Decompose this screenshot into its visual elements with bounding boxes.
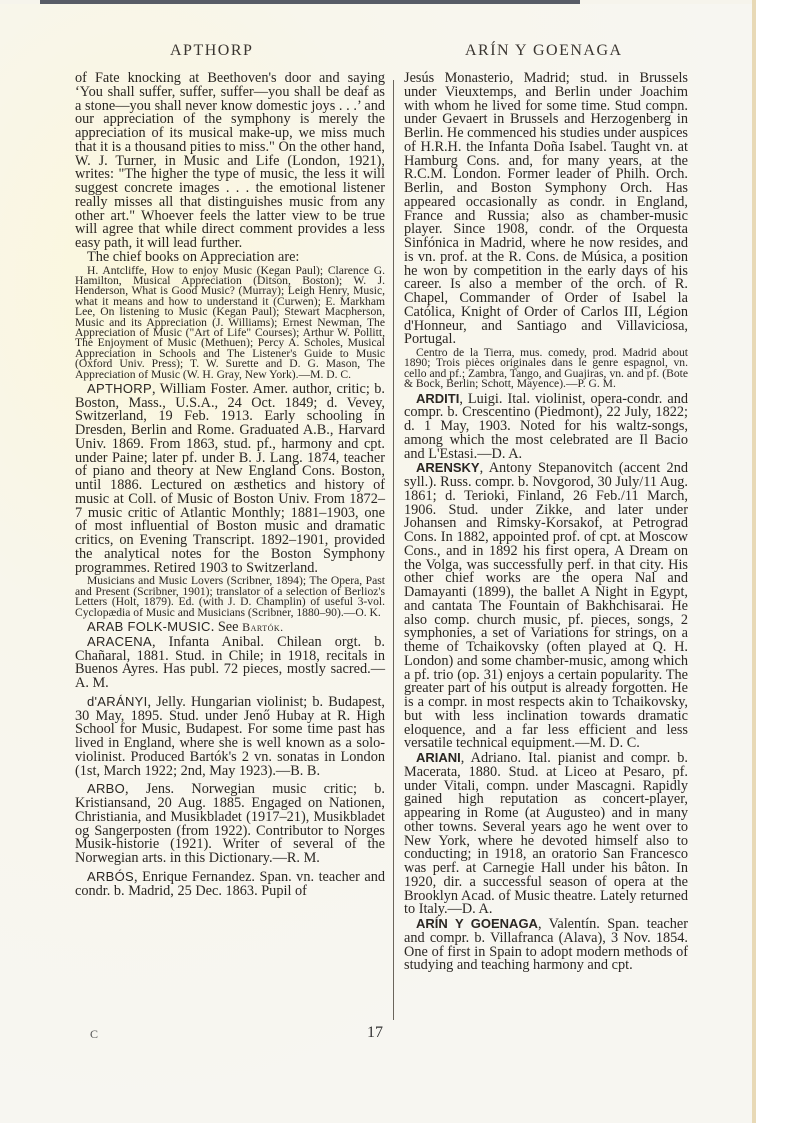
headword: d'ARÁNYI — [87, 694, 148, 709]
entry-arditi: ARDITI, Luigi. Ital. violinist, opera-co… — [404, 392, 688, 462]
entry-arbos: ARBÓS, Enrique Fernandez. Span. vn. teac… — [75, 870, 385, 899]
headword: ARENSKY — [416, 460, 480, 475]
signature-mark: C — [90, 1027, 98, 1042]
right-column: Jesús Monasterio, Madrid; stud. in Bruss… — [404, 72, 688, 973]
headword: ARDITI — [416, 391, 459, 406]
entry-apthorp: APTHORP, William Foster. Amer. author, c… — [75, 382, 385, 576]
books-intro: The chief books on Appreciation are: — [75, 251, 385, 265]
headword: ARBO — [87, 781, 125, 796]
cross-reference: Bartók. — [242, 620, 284, 634]
left-column: of Fate knocking at Beethoven's door and… — [75, 72, 385, 898]
entry-arab-folk-music: ARAB FOLK-MUSIC. See Bartók. — [75, 620, 385, 635]
continuation-text: of Fate knocking at Beethoven's door and… — [75, 72, 385, 251]
entry-aracena: ARACENA, Infanta Anibal. Chilean orgt. b… — [75, 635, 385, 691]
scan-margin — [756, 0, 794, 1123]
continuation-works: Centro de la Tierra, mus. comedy, prod. … — [404, 348, 688, 390]
running-head-left: APTHORP — [170, 42, 253, 60]
column-divider — [393, 80, 394, 1020]
entry-arin-y-goenaga: ARÍN Y GOENAGA, Valentín. Span. teacher … — [404, 917, 688, 973]
entry-body: , William Foster. Amer. author, critic; … — [75, 381, 385, 576]
books-list: H. Antcliffe, How to enjoy Music (Kegan … — [75, 266, 385, 380]
headword: ARÍN Y GOENAGA — [416, 916, 538, 931]
headword: ARACENA — [87, 634, 152, 649]
running-head-right: ARÍN Y GOENAGA — [465, 42, 623, 60]
page-number: 17 — [367, 1024, 383, 1042]
entry-works: Musicians and Music Lovers (Scribner, 18… — [75, 576, 385, 618]
entry-arensky: ARENSKY, Antony Stepanovitch (accent 2nd… — [404, 461, 688, 751]
entry-body: , Antony Stepanovitch (accent 2nd syll.)… — [404, 460, 688, 751]
continuation-text: Jesús Monasterio, Madrid; stud. in Bruss… — [404, 72, 688, 347]
headword: APTHORP — [87, 381, 152, 396]
headword: ARAB FOLK-MUSIC — [87, 619, 211, 634]
headword: ARBÓS — [87, 869, 134, 884]
entry-arbo: ARBO, Jens. Norwegian music critic; b. K… — [75, 782, 385, 866]
headword: ARIANI — [416, 750, 461, 765]
entry-body: , Adriano. Ital. pianist and compr. b. M… — [404, 750, 688, 917]
entry-ariani: ARIANI, Adriano. Ital. pianist and compr… — [404, 751, 688, 917]
entry-daranyi: d'ARÁNYI, Jelly. Hungarian violinist; b.… — [75, 695, 385, 779]
entry-body: . See — [211, 619, 242, 635]
